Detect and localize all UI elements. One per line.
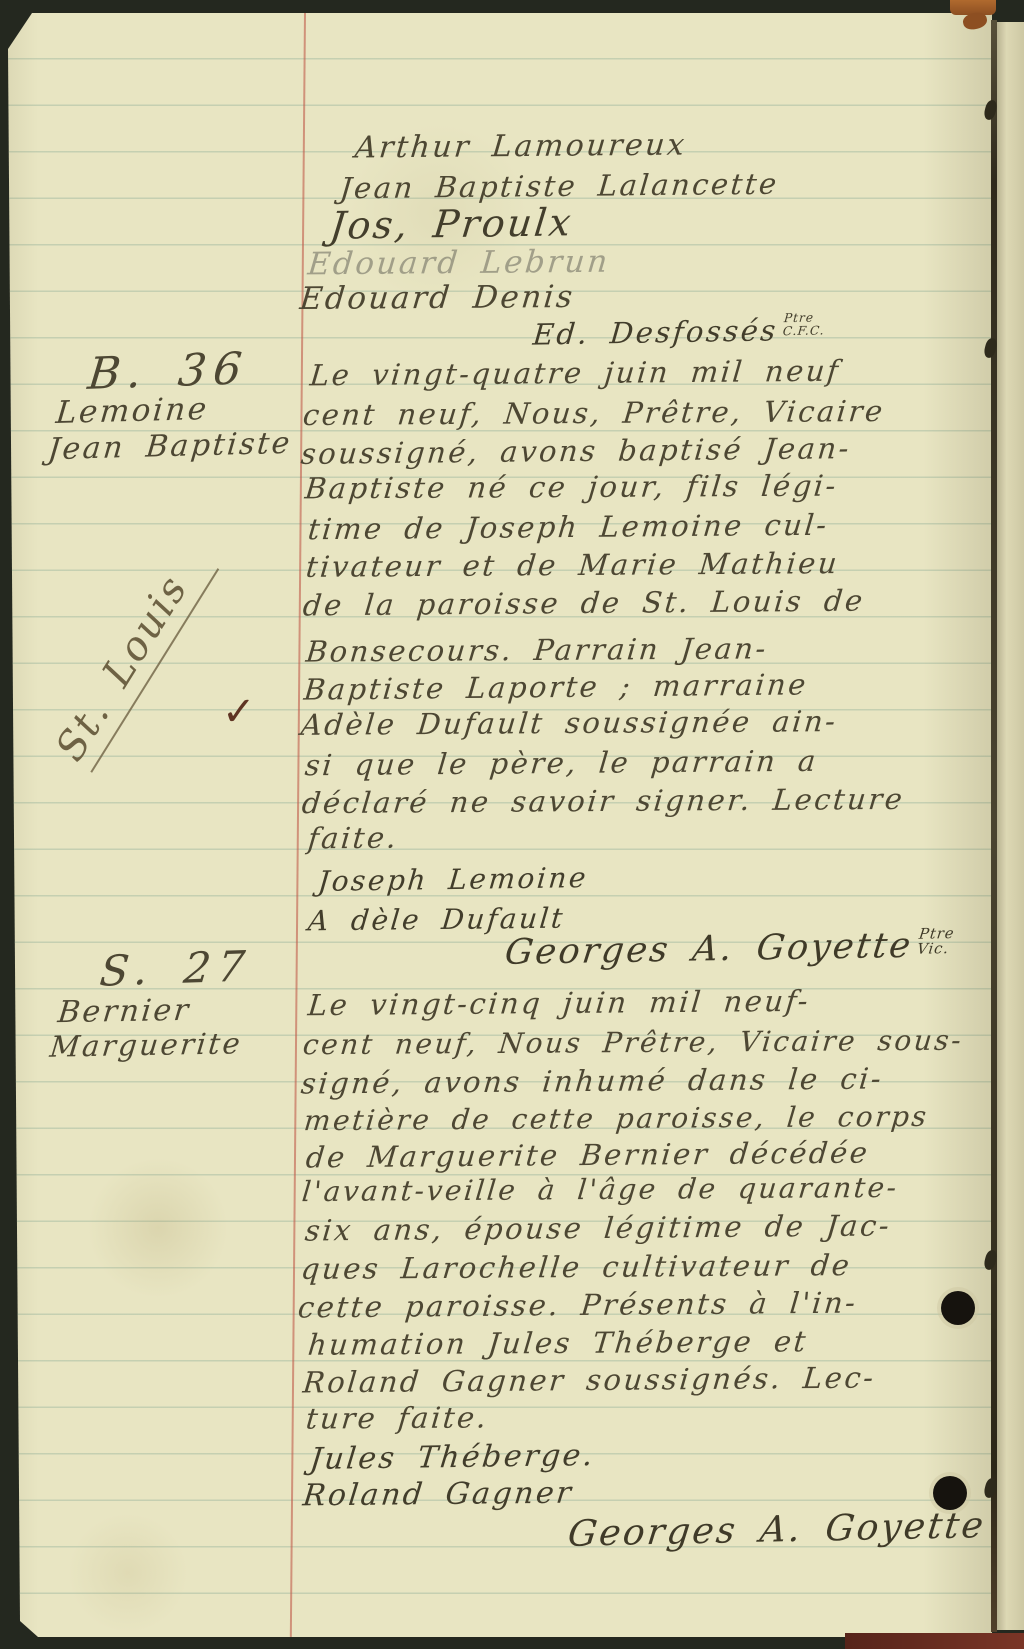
header-signature: Edouard Denis xyxy=(298,280,576,316)
record-1-line: Le vingt-quatre juin mil neuf xyxy=(308,356,841,393)
record-2-line: six ans, épouse légitime de Jac- xyxy=(303,1210,892,1247)
record-2-officiant-signature: Georges A. GoyettePtreVic. xyxy=(566,1505,1024,1554)
record-1-officiant-signature: Georges A. GoyettePtreVic. xyxy=(503,926,956,972)
officiant-name: Ed. Desfossés xyxy=(531,313,779,351)
punch-hole xyxy=(941,1291,975,1325)
header-signature: Arthur Lamoureux xyxy=(353,129,688,165)
record-1-line: Adèle Dufault soussignée ain- xyxy=(299,706,839,742)
officiant-name: Georges A. Goyette xyxy=(503,926,915,973)
record-2-line: cette paroisse. Présents à l'in- xyxy=(296,1288,858,1325)
record-2-line: cent neuf, Nous Prêtre, Vicaire sous- xyxy=(301,1026,964,1061)
record-1-line: Baptiste né ce jour, fils légi- xyxy=(303,471,839,506)
record-2-signature: Roland Gagner xyxy=(301,1477,575,1513)
record-2-margin-name: Bernier xyxy=(56,994,192,1029)
officiant-title: PtreVic. xyxy=(916,926,955,958)
record-2-margin-name: Marguerite xyxy=(48,1028,244,1063)
record-1-margin-annotation: St. Louis xyxy=(48,542,219,773)
record-1-line: de la paroisse de St. Louis de xyxy=(301,586,866,623)
next-page-edge xyxy=(997,22,1024,1630)
record-2-line: humation Jules Théberge et xyxy=(306,1326,809,1361)
officiant-name: Georges A. Goyette xyxy=(566,1505,988,1555)
record-1-line: soussigné, avons baptisé Jean- xyxy=(300,433,853,471)
record-1-line: tivateur et de Marie Mathieu xyxy=(304,548,840,584)
record-1-line: déclaré ne savoir signer. Lecture xyxy=(300,784,906,820)
record-1-margin-name: Lemoine xyxy=(54,392,210,430)
record-2-line: l'avant-veille à l'âge de quarante- xyxy=(300,1173,900,1208)
record-2-line: metière de cette paroisse, le corps xyxy=(302,1102,929,1137)
record-2-line: de Marguerite Bernier décédée xyxy=(304,1138,870,1175)
record-2-line: ques Larochelle cultivateur de xyxy=(299,1250,853,1286)
record-1-signature: Joseph Lemoine xyxy=(317,863,590,898)
record-1-line: time de Joseph Lemoine cul- xyxy=(306,510,830,546)
punch-hole xyxy=(933,1476,967,1510)
header-signature: Edouard Lebrun xyxy=(306,245,611,282)
book-cover-edge xyxy=(845,1633,1024,1649)
record-2-line: Le vingt-cinq juin mil neuf- xyxy=(306,986,811,1022)
record-1-margin-name: Jean Baptiste xyxy=(46,427,293,466)
record-2-line: signé, avons inhumé dans le ci- xyxy=(299,1063,884,1100)
record-1-line: Bonsecours. Parrain Jean- xyxy=(304,633,769,668)
record-2-signature: Jules Théberge. xyxy=(308,1439,597,1476)
record-2-line: ture faite. xyxy=(304,1402,490,1435)
header-officiant-signature: Ed. DesfossésPtreC.F.C. xyxy=(531,311,826,351)
record-2-margin-code: S. 27 xyxy=(98,943,254,995)
officiant-title: PtreC.F.C. xyxy=(782,311,826,337)
header-signature: Jos, Proulx xyxy=(328,202,575,247)
register-page: Arthur Lamoureux Jean Baptiste Lalancett… xyxy=(8,13,992,1637)
record-1-line: cent neuf, Nous, Prêtre, Vicaire xyxy=(301,396,886,432)
record-1-line: faite. xyxy=(306,823,399,856)
record-1-line: Baptiste Laporte ; marraine xyxy=(303,669,810,706)
record-1-line: si que le père, le parrain a xyxy=(303,746,819,782)
record-2-line: Roland Gagner soussignés. Lec- xyxy=(301,1362,877,1399)
scanned-register-photo: { "colors": { "background": "#24281f", "… xyxy=(0,0,1024,1649)
checkmark-icon: ✓ xyxy=(222,690,258,734)
